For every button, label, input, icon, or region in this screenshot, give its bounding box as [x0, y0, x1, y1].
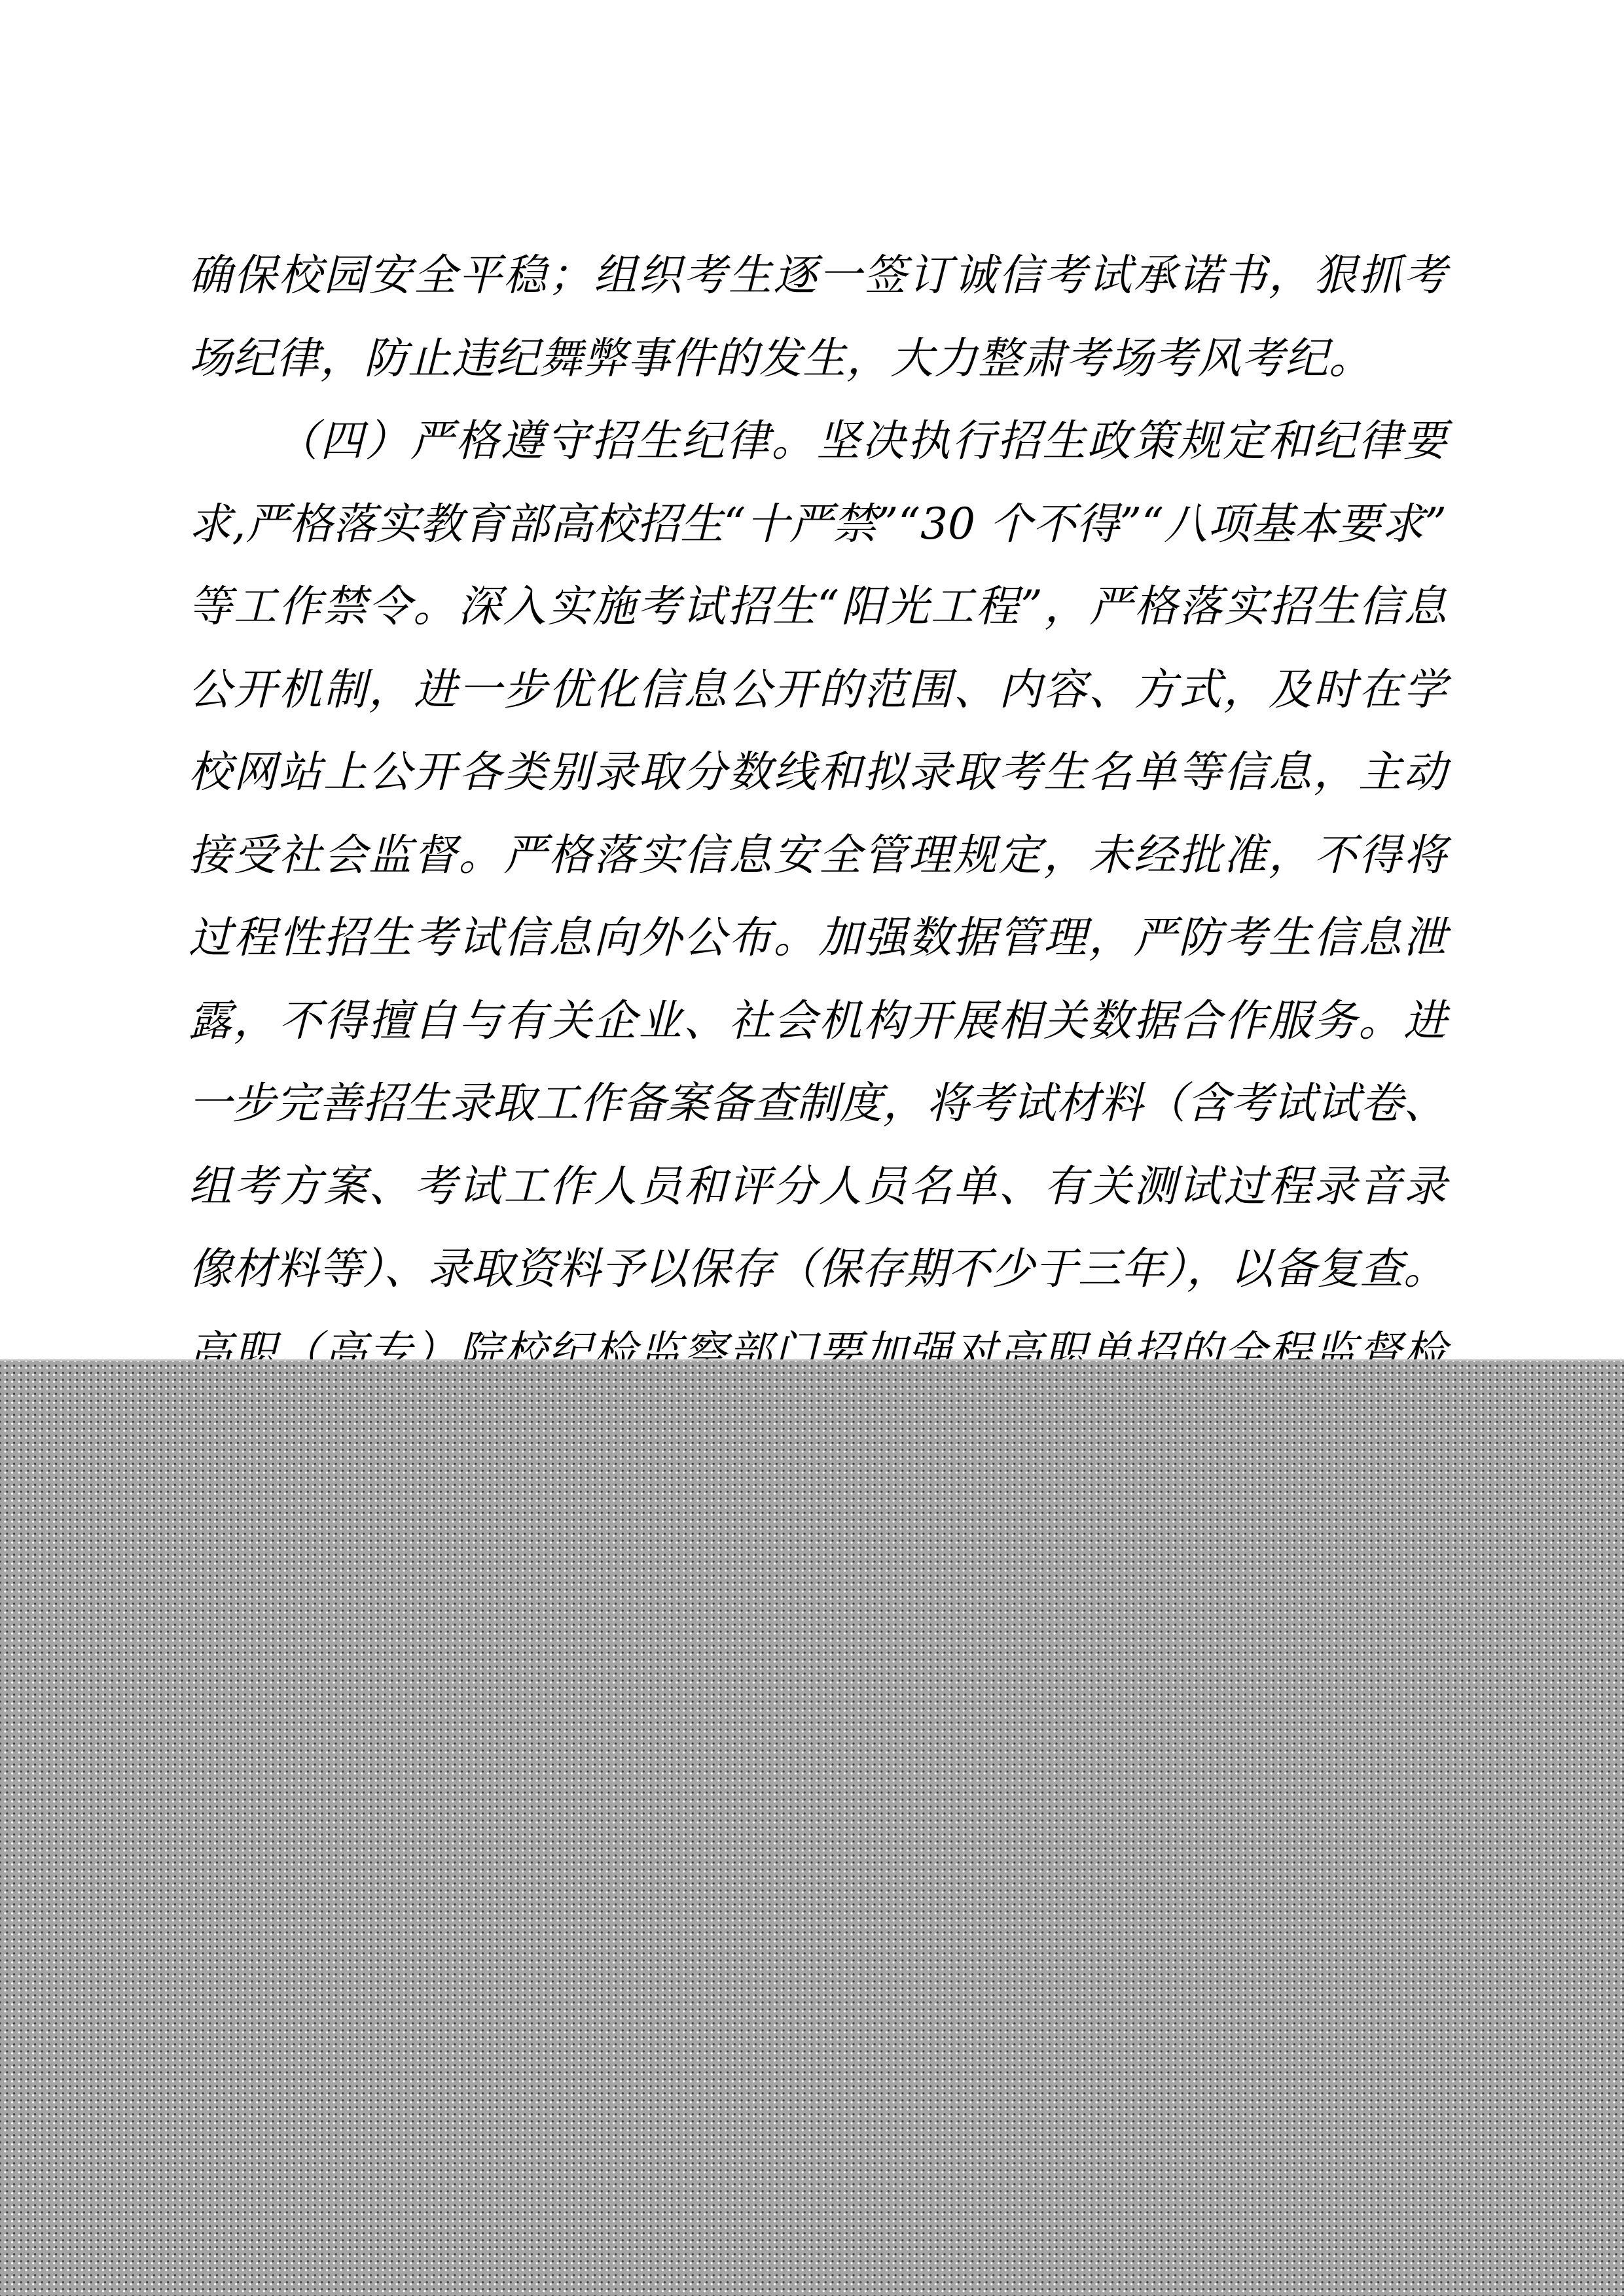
text-line: 公开机制，进一步优化信息公开的范围、内容、方式，及时在学 [189, 649, 1447, 732]
text-line: （四）严格遵守招生纪律。坚决执行招生政策规定和纪律要 [189, 400, 1447, 483]
text-line: 等工作禁令。深入实施考试招生“阳光工程”，严格落实招生信息 [189, 565, 1447, 649]
document-page: 确保校园安全平稳；组织考生逐一签订诚信考试承诺书，狠抓考 场纪律，防止违纪舞弊事… [0, 0, 1624, 2296]
paragraph-block: 确保校园安全平稳；组织考生逐一签订诚信考试承诺书，狠抓考 场纪律，防止违纪舞弊事… [189, 234, 1447, 1393]
text-line: 场纪律，防止违纪舞弊事件的发生，大力整肃考场考风考纪。 [189, 317, 1447, 401]
text-line: 求,严格落实教育部高校招生“十严禁”“30 个不得”“八项基本要求” [189, 483, 1447, 566]
gray-redaction-overlay [0, 1359, 1624, 2296]
text-line: 露，不得擅自与有关企业、社会机构开展相关数据合作服务。进 [189, 980, 1447, 1063]
text-line: 组考方案、考试工作人员和评分人员名单、有关测试过程录音录 [189, 1145, 1447, 1229]
text-line: 确保校园安全平稳；组织考生逐一签订诚信考试承诺书，狠抓考 [189, 234, 1447, 317]
text-line: 像材料等）、录取资料予以保存（保存期不少于三年），以备复查。 [189, 1228, 1447, 1311]
text-line: 接受社会监督。严格落实信息安全管理规定，未经批准，不得将 [189, 814, 1447, 897]
text-line: 校网站上公开各类别录取分数线和拟录取考生名单等信息，主动 [189, 731, 1447, 814]
text-line: 一步完善招生录取工作备案备查制度，将考试材料（含考试试卷、 [189, 1062, 1447, 1145]
text-line: 过程性招生考试信息向外公布。加强数据管理，严防考生信息泄 [189, 897, 1447, 980]
